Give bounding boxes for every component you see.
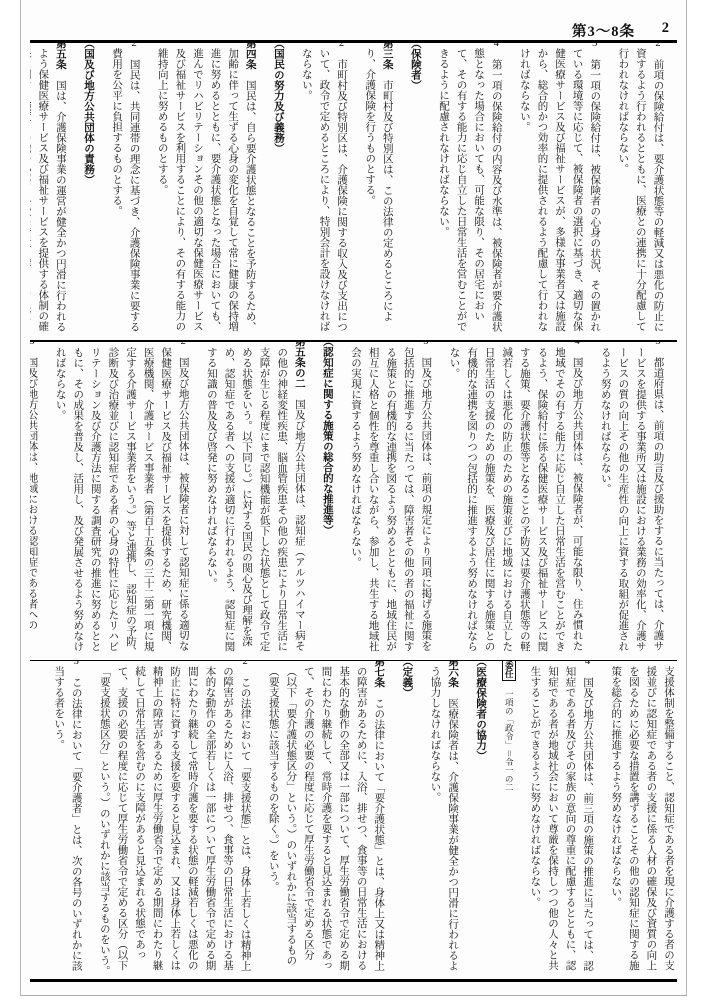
section-heading: （認知症に関する施策の総合的な推進等） [318, 347, 346, 660]
article-paragraph: 第七条 この法律において「要介護状態」とは、身体上又は精神上の障害があるために、… [264, 666, 398, 979]
paragraph-number: 2 [129, 43, 140, 48]
header-article-range: 第3〜8条 [572, 20, 635, 41]
paragraph-number: 5 [420, 342, 431, 347]
text-band-top: 2 前項の保険給付は、要介護状態等の軽減又は悪化の防止に資するよう行われるととも… [30, 43, 677, 340]
numbered-paragraph: 5 国及び地方公共団体は、前項の規定により同項に掲げる施策を包括的に推進するに当… [346, 347, 444, 660]
paragraph-number: 2 [178, 342, 189, 347]
article-paragraph: 第五条 国は、介護保険事業の運営が健全かつ円滑に行われるよう保健医療サービス及び… [30, 48, 79, 340]
article-paragraph: 第五条の二 国及び地方公共団体は、認知症（アルツハイマー病その他の神経変性疾患、… [202, 347, 318, 660]
page-header: 第3〜8条 2 [30, 0, 677, 40]
article-paragraph: 第六条 医療保険者は、介護保険事業が健全かつ円滑に行われるよう協力しなければなら… [426, 666, 472, 979]
section-heading: （保険者） [406, 48, 434, 340]
article-number: 第四条 [245, 43, 256, 69]
article-paragraph: 第三条 市町村及び特別区は、この法律の定めるところにより、介護保険を行うものとす… [361, 48, 407, 340]
numbered-paragraph: 2 前項の保険給付は、要介護状態等の軽減又は悪化の防止に資するよう行われるととも… [614, 48, 677, 340]
header-page-number: 2 [662, 20, 669, 37]
numbered-paragraph: 3 国及び地方公共団体は、地域における認知症である者への [30, 347, 51, 660]
paragraph-number: 4 [572, 342, 583, 347]
section-heading: （国及び地方公共団体の責務） [79, 48, 107, 340]
numbered-paragraph: 2 この法律において「要支援状態」とは、身体上若しくは精神上の障害があるために入… [95, 666, 264, 979]
numbered-paragraph: 3 第一項の保険給付は、被保険者の心身の状況、その置かれている環境等に応じて、被… [515, 48, 613, 340]
article-number: 第五条 [55, 43, 66, 69]
section-heading: （国民の努力及び義務） [269, 48, 297, 340]
paragraph-number: 2 [240, 661, 251, 666]
article-number: 第七条 [373, 661, 384, 687]
article-paragraph: 第四条 国民は、自ら要介護状態となることを予防するため、加齢に伴って生ずる心身の… [153, 48, 269, 340]
numbered-paragraph: 2 市町村及び特別区は、介護保険に関する収入及び支出について、政令で定めるところ… [297, 48, 360, 340]
text-band-middle: 3 都道府県は、前項の助言及び援助をするに当たっては、介護サービスを提供する事業… [30, 342, 677, 660]
continued-paragraph: 支援体制を整備すること、認知症である者を現に介護する者の支援並びに認知症である者… [607, 666, 677, 979]
article-number: 第六条 [447, 661, 458, 687]
article-number: 第三条 [382, 43, 393, 69]
numbered-paragraph: 4 国及び地方公共団体は、被保険者が、可能な限り、住み慣れた地域でその有する能力… [445, 347, 596, 660]
numbered-paragraph: 3 この法律において「要介護者」とは、次の各号のいずれかに該当する者をいう。 [50, 666, 96, 979]
paragraph-number: 2 [653, 43, 664, 48]
paragraph-number: 3 [589, 43, 600, 48]
paragraph-number: 3 [30, 342, 38, 347]
paragraph-number: 3 [71, 661, 82, 666]
numbered-paragraph: 2 国及び地方公共団体は、被保険者に対して認知症に係る適切な保健医療サービス及び… [51, 347, 202, 660]
text-band-bottom: 支援体制を整備すること、認知症である者を現に介護する者の支援並びに認知症である者… [30, 661, 677, 979]
numbered-paragraph: 4 国及び地方公共団体は、前三項の施策の推進に当たっては、認知症である者及びその… [526, 666, 607, 979]
paragraph-number: 4 [491, 43, 502, 48]
numbered-paragraph: 3 都道府県は、前項の助言及び援助をするに当たっては、介護サービスを提供する事業… [596, 347, 677, 660]
editor-note: 委任 一項の「政令」＝令一の二 [500, 666, 526, 979]
paragraph-number: 2 [336, 43, 347, 48]
note-label: 委任 [502, 661, 516, 681]
numbered-paragraph: 2 国民は、共同連帯の理念に基づき、介護保険事業に要する費用を公平に負担するもの… [107, 48, 153, 340]
document-page: 第3〜8条 2 2 前項の保険給付は、要介護状態等の軽減又は悪化の防止に資するよ… [20, 0, 687, 996]
paragraph-number: 4 [582, 661, 593, 666]
numbered-paragraph: 4 第一項の保険給付の内容及び水準は、被保険者が要介護状態となった場合においても… [434, 48, 515, 340]
footer-rule [30, 979, 677, 982]
article-number: 第五条の二 [294, 342, 305, 389]
paragraph-number: 3 [653, 342, 664, 347]
section-heading: （定義） [398, 666, 426, 979]
section-heading: （医療保険者の協力） [472, 666, 500, 979]
